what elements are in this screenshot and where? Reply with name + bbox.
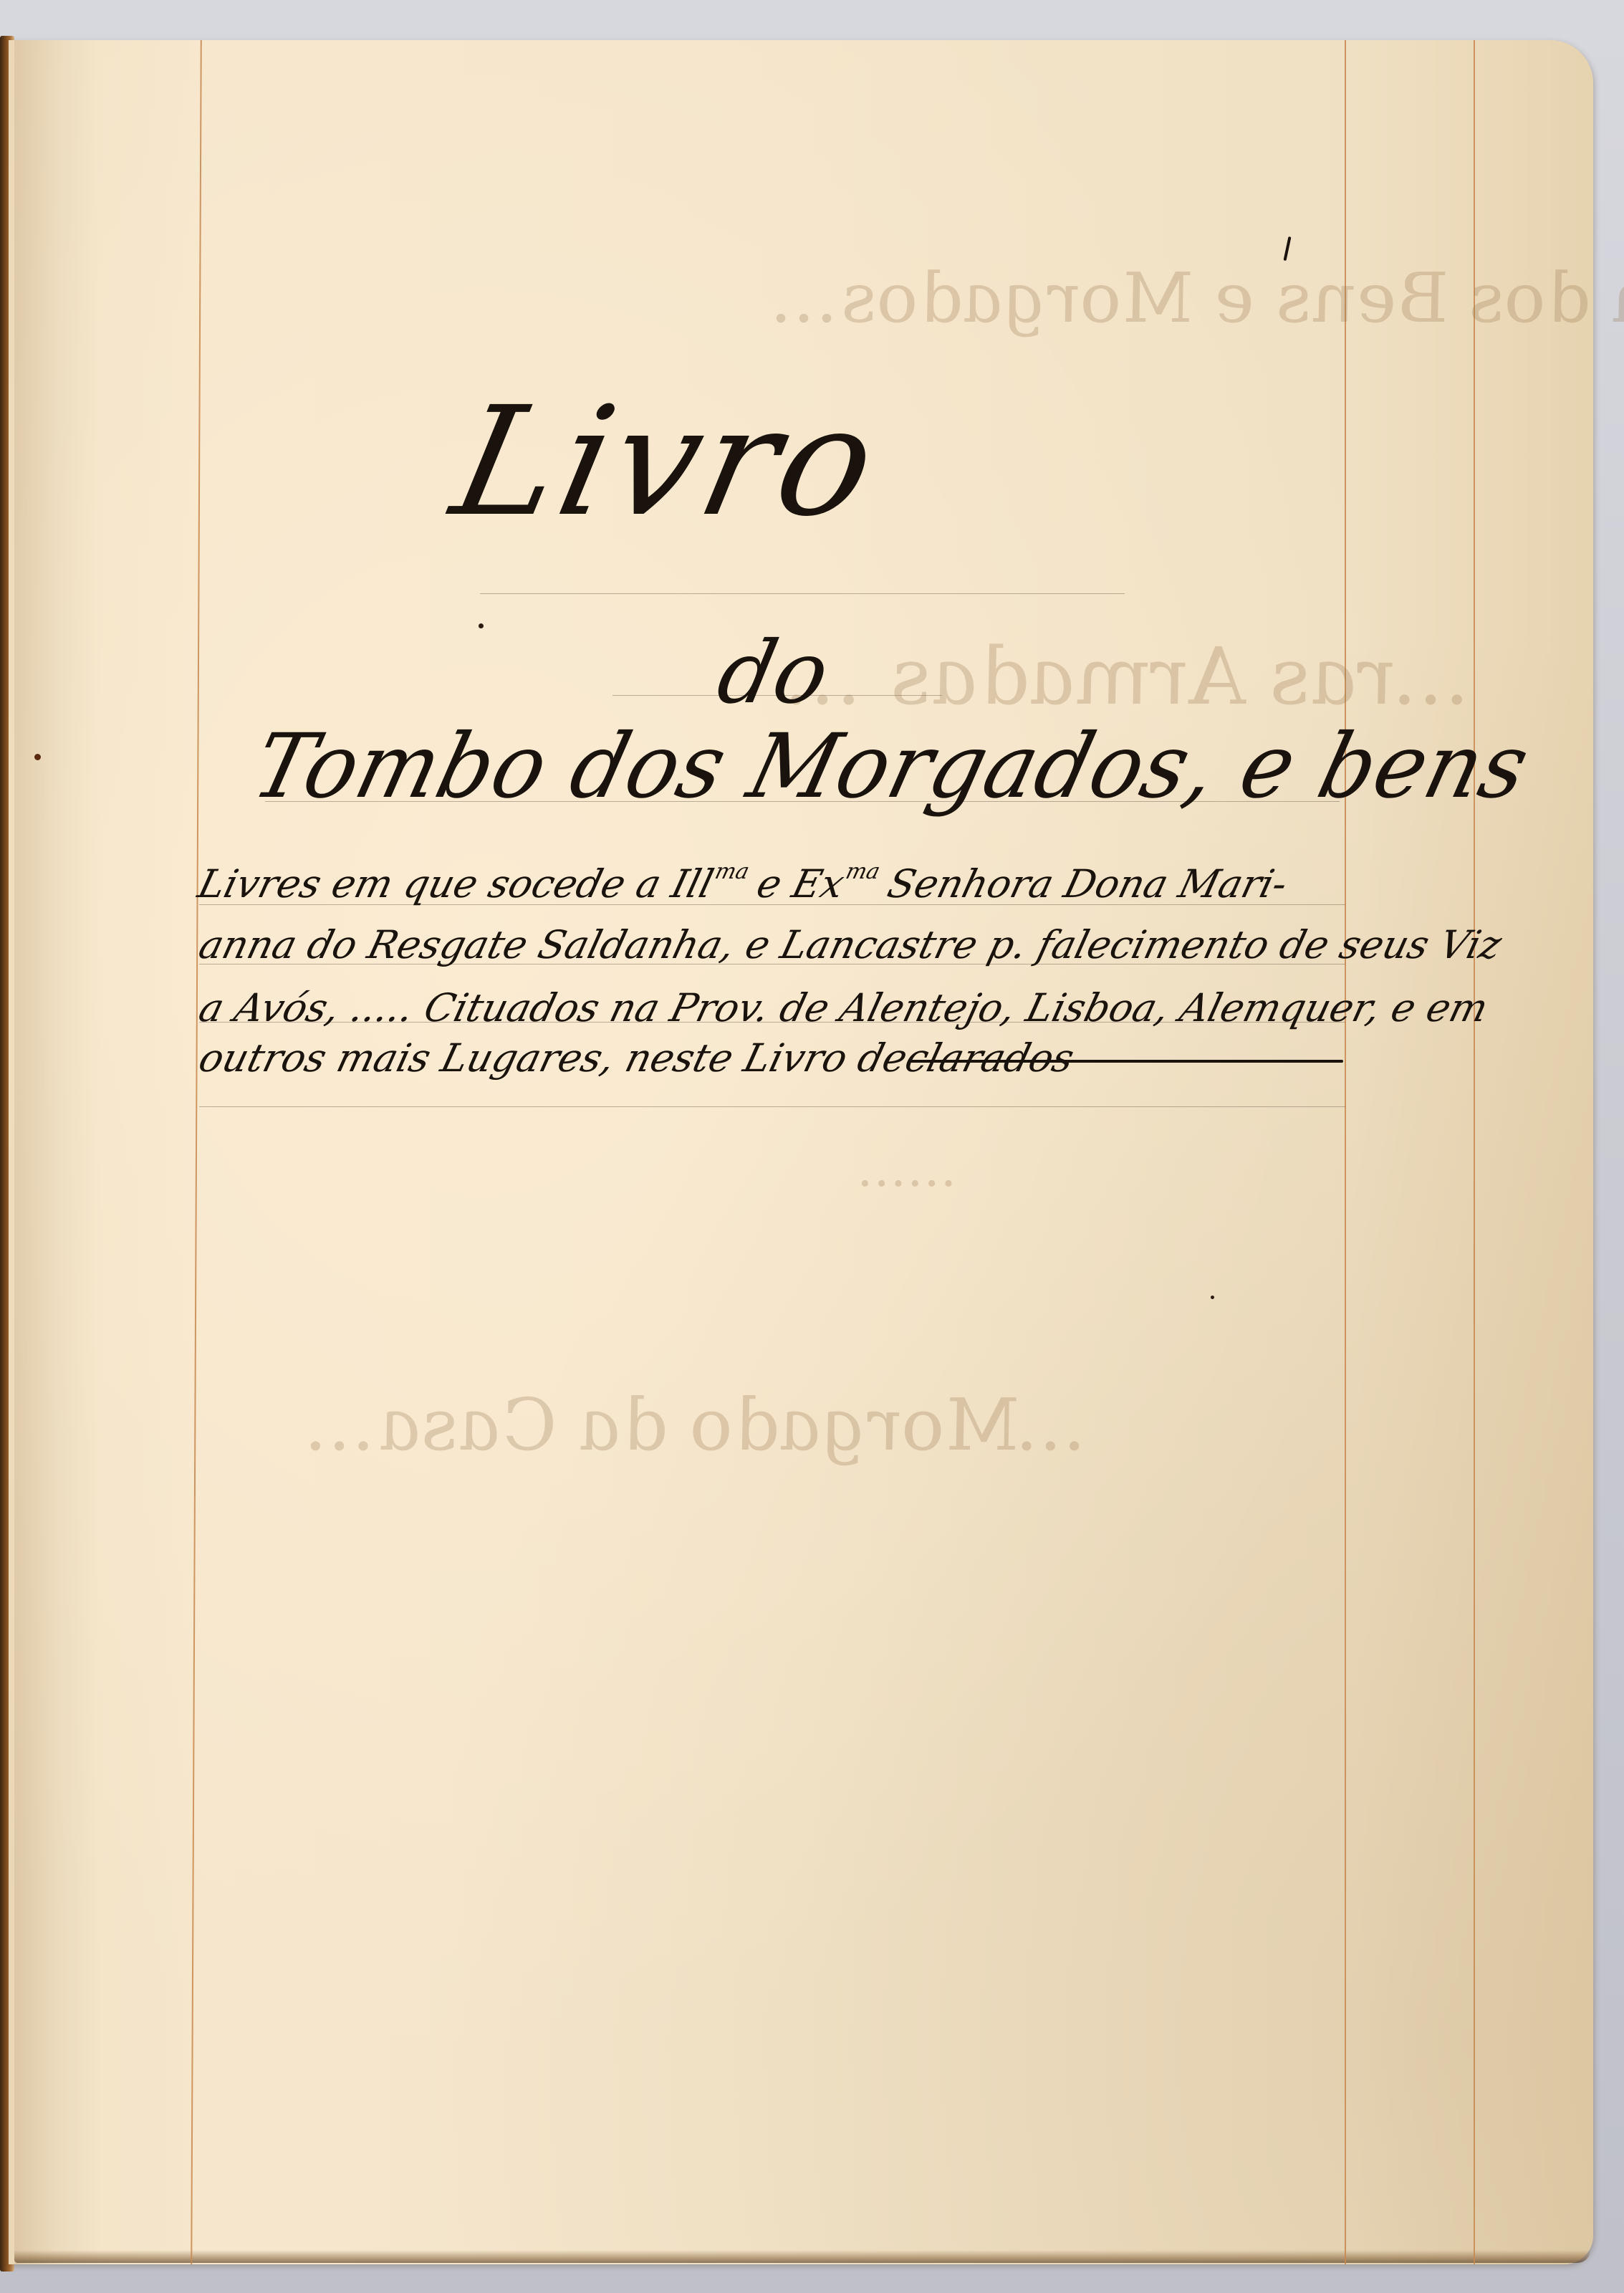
show-through-text: …ordem dos Bens e Morgados… [765, 258, 1624, 338]
right-margin-rule-outer [1474, 40, 1475, 2264]
subtitle-line-1-post: Senhora Dona Mari- [871, 861, 1292, 906]
right-margin-rule-inner [1345, 40, 1346, 2264]
subtitle-line-2: anna do Resgate Saldanha, e Lancastre p.… [196, 926, 1506, 964]
show-through-text: …… [853, 1139, 966, 1198]
gutter-shade [14, 40, 100, 2264]
stray-ink-dot [479, 623, 484, 628]
subtitle-line-1-pre: Livres em que socede a Ill [193, 861, 718, 906]
show-through-text: …ras Armadas … [778, 631, 1484, 722]
stain-spot [34, 754, 41, 760]
title-do: do [711, 631, 836, 717]
subtitle-line-4: outros mais Lugares, neste Livro declara… [196, 1039, 1078, 1078]
closing-ink-rule [910, 1060, 1343, 1063]
subtitle-line-3: a Avós, ..... Cituados na Prov. de Alent… [196, 989, 1492, 1028]
subtitle-line-1-mid: e Ex [740, 861, 849, 906]
stray-ink-dot [1211, 1296, 1214, 1299]
guide-line [199, 1106, 1345, 1107]
page-worn-bottom-edge [14, 2250, 1590, 2263]
subtitle-line-1: Livres em que socede a Illma e Exma Senh… [194, 861, 1292, 904]
guide-line [480, 593, 1125, 594]
title-tombo-dos-morgados: Tombo dos Morgados, e bens [246, 722, 1538, 810]
show-through-text: …Morgado da Casa… [299, 1383, 1100, 1467]
title-livro: Livro [443, 387, 892, 537]
